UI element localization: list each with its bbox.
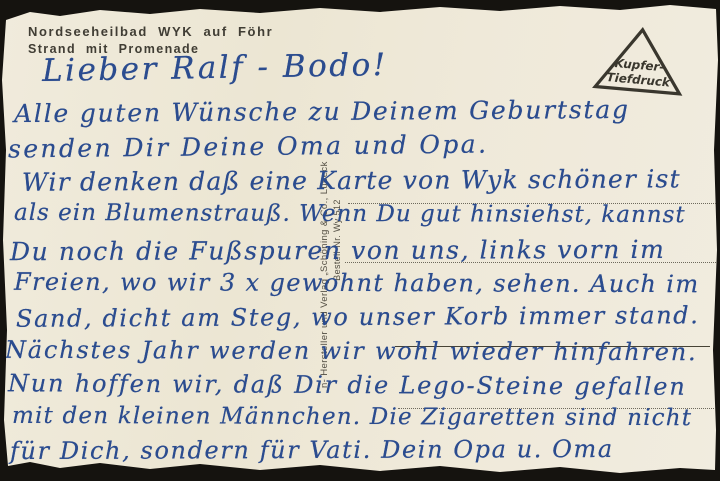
kupfer-tiefdruck-logo: Kupfer- Tiefdruck	[591, 22, 689, 98]
message-line: Sand, dicht am Steg, wo unser Korb immer…	[16, 301, 700, 333]
message-line: Freien, wo wir 3 x gewohnt haben, sehen.…	[14, 268, 700, 298]
message-line: Alle guten Wünsche zu Deinem Geburtstag	[14, 95, 630, 128]
message-line: Du noch die Fußspuren von uns, links vor…	[10, 235, 665, 266]
message-line: als ein Blumenstrauß. Wenn Du gut hinsie…	[14, 200, 686, 228]
message-line: für Dich, sondern für Vati. Dein Opa u. …	[10, 435, 614, 465]
message-line: Nächstes Jahr werden wir wohl wieder hin…	[5, 336, 698, 366]
message-line: Lieber Ralf - Bodo!	[42, 47, 388, 89]
message-line: Wir denken daß eine Karte von Wyk schöne…	[22, 164, 681, 196]
message-line: mit den kleinen Männchen. Die Zigaretten…	[12, 403, 692, 431]
message-line: Nun hoffen wir, daß Dir die Lego-Steine …	[8, 369, 687, 401]
triangle-icon: Kupfer- Tiefdruck	[591, 22, 689, 98]
postcard-back: Nordseeheilbad WYK auf Föhr Strand mit P…	[0, 0, 720, 481]
message-line: senden Dir Deine Oma und Opa.	[8, 129, 489, 163]
caption-location: Nordseeheilbad WYK auf Föhr	[28, 24, 273, 39]
